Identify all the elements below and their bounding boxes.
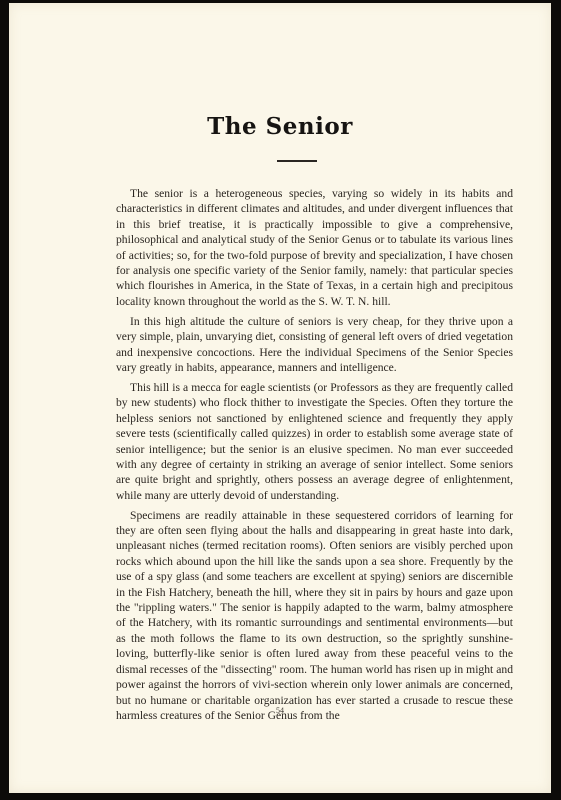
paragraph: This hill is a mecca for eagle scientist… <box>116 380 513 503</box>
title-divider <box>277 160 317 162</box>
document-page: The Senior The senior is a heterogeneous… <box>9 3 551 793</box>
paragraph: Specimens are readily attainable in thes… <box>116 508 513 724</box>
paragraph: The senior is a heterogeneous species, v… <box>116 186 513 309</box>
paragraph: In this high altitude the culture of sen… <box>116 314 513 376</box>
page-number: 54 <box>9 706 551 715</box>
body-text: The senior is a heterogeneous species, v… <box>116 186 513 728</box>
page-title: The Senior <box>9 113 551 140</box>
